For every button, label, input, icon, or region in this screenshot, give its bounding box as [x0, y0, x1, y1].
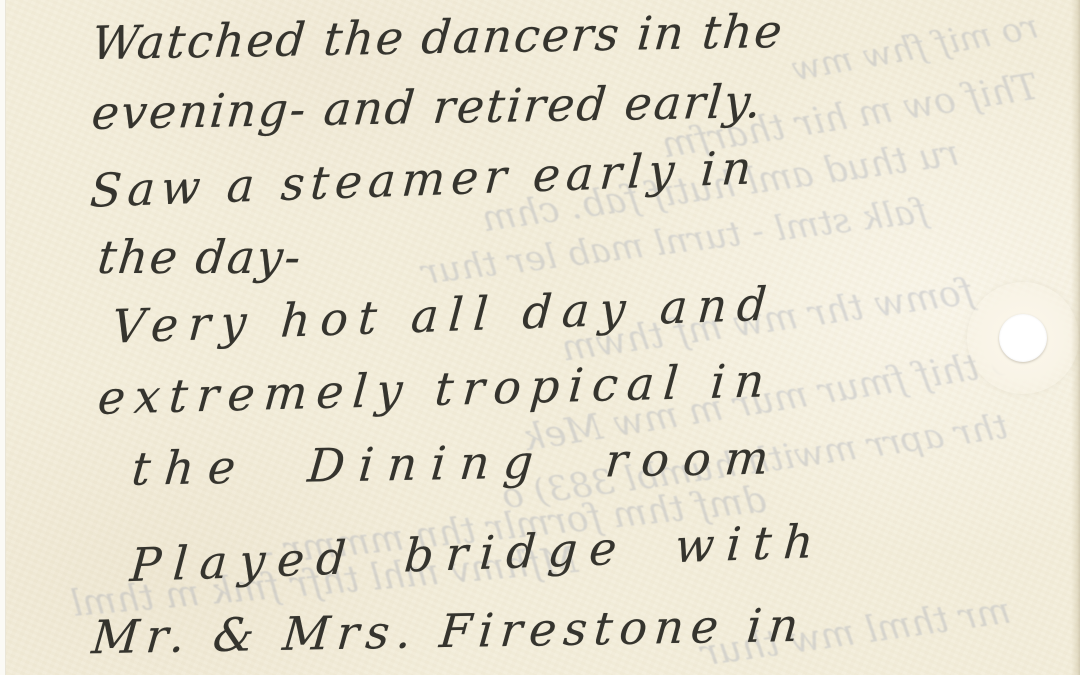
handwriting-line-8: Played bridge with: [128, 514, 827, 592]
handwriting-line-5: Very hot all day and: [110, 276, 778, 353]
bleed-through-fragment: ro mif fhw mw: [788, 7, 1041, 90]
handwriting-line-7: the Dining room: [130, 430, 785, 495]
handwriting-line-2: evening- and retired early.: [90, 74, 765, 140]
handwriting-line-1: Watched the dancers in the: [90, 4, 786, 70]
scanner-edge-left: [0, 0, 6, 675]
paper-edge-right: [1071, 0, 1080, 675]
diary-page: ro mif fhw mw Thif ow m hir tharfm ru th…: [0, 0, 1080, 675]
handwriting-line-9: Mr. & Mrs. Firestone in: [90, 598, 808, 665]
handwriting-line-6: extremely tropical in: [96, 353, 775, 425]
handwriting-line-3: Saw a steamer early in: [88, 140, 759, 217]
handwriting-line-4: the day-: [95, 230, 305, 284]
bleed-through-fragment: falk stml - turnl mab ler thur: [419, 191, 929, 293]
punch-hole: [999, 314, 1047, 362]
